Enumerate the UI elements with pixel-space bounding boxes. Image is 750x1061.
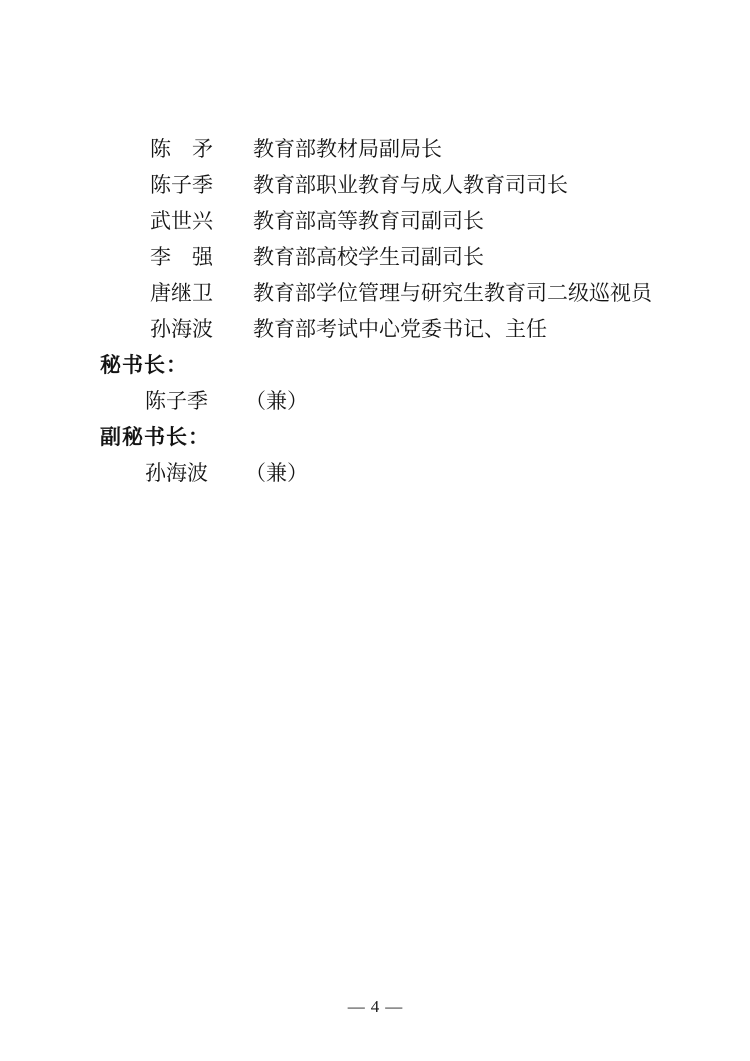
member-name: 孙海波 xyxy=(150,312,253,348)
member-row: 唐继卫教育部学位管理与研究生教育司二级巡视员 xyxy=(0,276,750,312)
member-name: 陈 矛 xyxy=(150,132,253,168)
member-name: 唐继卫 xyxy=(150,276,253,312)
member-row: 李 强教育部高校学生司副司长 xyxy=(0,240,750,276)
member-row: 孙海波教育部考试中心党委书记、主任 xyxy=(0,312,750,348)
footer-right-dash: — xyxy=(379,995,408,1019)
member-title: 教育部职业教育与成人教育司司长 xyxy=(253,168,568,204)
page-footer: —4— xyxy=(0,995,750,1019)
section-heading-secretary-general: 秘书长： xyxy=(0,348,750,384)
member-name: 李 强 xyxy=(150,240,253,276)
member-title: 教育部教材局副局长 xyxy=(253,132,442,168)
page-number: 4 xyxy=(371,997,380,1016)
footer-left-dash: — xyxy=(342,995,371,1019)
member-title: 教育部高等教育司副司长 xyxy=(253,204,484,240)
member-name: 武世兴 xyxy=(150,204,253,240)
section-entry: 孙海波（兼） xyxy=(0,456,750,492)
section-heading-deputy-secretary-general: 副秘书长： xyxy=(0,420,750,456)
member-row: 武世兴教育部高等教育司副司长 xyxy=(0,204,750,240)
member-row: 陈子季教育部职业教育与成人教育司司长 xyxy=(0,168,750,204)
entry-name: 陈子季 xyxy=(145,384,245,420)
entry-name: 孙海波 xyxy=(145,456,245,492)
member-name: 陈子季 xyxy=(150,168,253,204)
member-title: 教育部学位管理与研究生教育司二级巡视员 xyxy=(253,276,652,312)
entry-note: （兼） xyxy=(245,456,308,492)
document-page: 陈 矛教育部教材局副局长 陈子季教育部职业教育与成人教育司司长 武世兴教育部高等… xyxy=(0,0,750,1061)
section-entry: 陈子季（兼） xyxy=(0,384,750,420)
member-title: 教育部高校学生司副司长 xyxy=(253,240,484,276)
member-title: 教育部考试中心党委书记、主任 xyxy=(253,312,547,348)
member-row: 陈 矛教育部教材局副局长 xyxy=(0,132,750,168)
document-content: 陈 矛教育部教材局副局长 陈子季教育部职业教育与成人教育司司长 武世兴教育部高等… xyxy=(0,132,750,492)
entry-note: （兼） xyxy=(245,384,308,420)
